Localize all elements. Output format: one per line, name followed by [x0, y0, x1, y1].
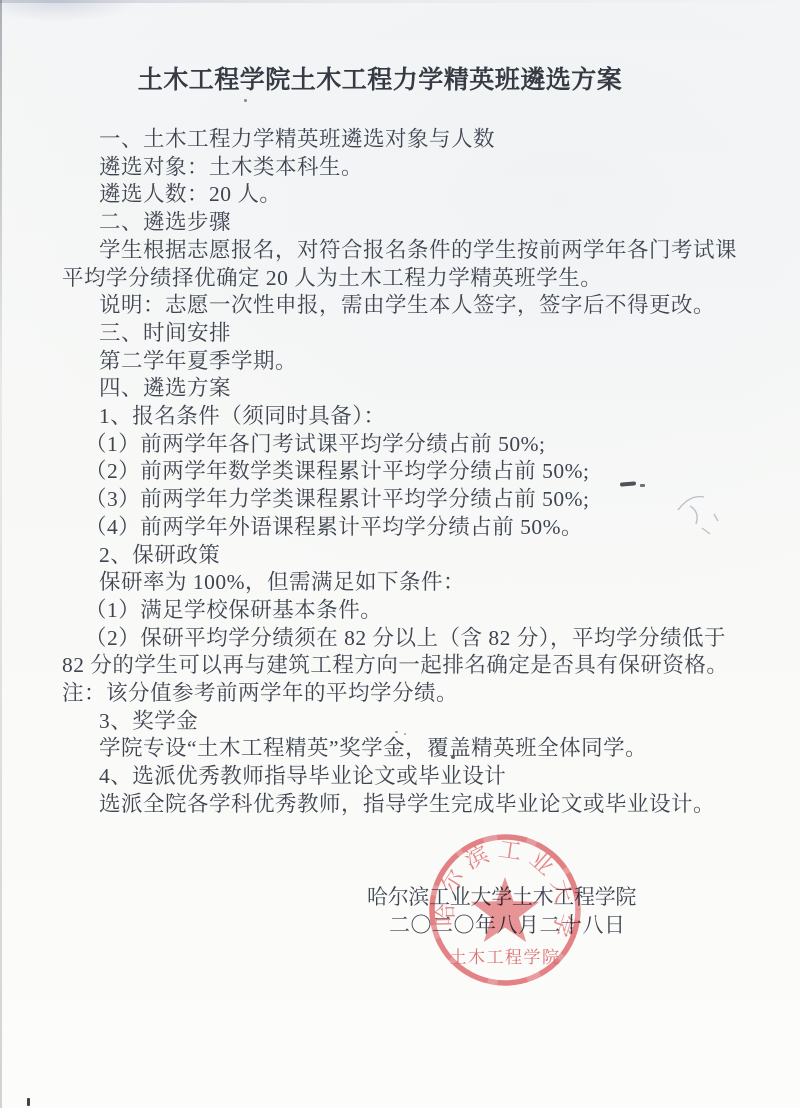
- doc-line: 学生根据志愿报名，对符合报名条件的学生按前两学年各门考试课: [62, 237, 752, 265]
- doc-line: 学院专设“土木工程精英”奖学金，覆盖精英班全体同学。: [62, 735, 752, 763]
- scan-speck: [244, 99, 247, 102]
- scan-smudge: [0, 0, 190, 28]
- doc-line: （2）前两学年数学类课程累计平均学分绩占前 50%;: [62, 458, 752, 486]
- doc-line: 遴选对象：土木类本科生。: [62, 154, 752, 182]
- doc-line: 注：该分值参考前两学年的平均学分绩。: [62, 681, 458, 705]
- doc-line: 平均学分绩择优确定 20 人为土木工程力学精英班学生。: [62, 266, 602, 290]
- official-seal-stamp: 哈尔滨工业大学 土木工程学院: [395, 798, 615, 1018]
- doc-line: 1、报名条件（须同时具备）：: [62, 403, 752, 431]
- doc-line: 三、时间安排: [62, 320, 752, 348]
- doc-line: 3、奖学金: [62, 708, 752, 736]
- scan-speck: [404, 733, 406, 735]
- scan-speck: [451, 755, 455, 759]
- doc-line: 保研率为 100%，但需满足如下条件：: [62, 569, 752, 597]
- doc-line: 第二学年夏季学期。: [62, 348, 752, 376]
- doc-line: 82 分的学生可以再与建筑工程方向一起排名确定是否具有保研资格。: [62, 653, 728, 677]
- scan-speck: [395, 731, 398, 733]
- pencil-scribble: [672, 488, 726, 540]
- document-body: 一、土木工程力学精英班遴选对象与人数 遴选对象：土木类本科生。 遴选人数：20 …: [62, 126, 752, 819]
- doc-line: （1）满足学校保研基本条件。: [62, 597, 752, 625]
- doc-line: 四、遴选方案: [62, 375, 752, 403]
- doc-line: 遴选人数：20 人。: [62, 181, 752, 209]
- scan-edge-left: [0, 0, 2, 1108]
- scan-speck: [27, 1098, 30, 1106]
- doc-line: 说明：志愿一次性申报，需由学生本人签字，签字后不得更改。: [62, 292, 752, 320]
- stamp-bottom-text: 土木工程学院: [450, 948, 561, 967]
- doc-line: （4）前两学年外语课程累计平均学分绩占前 50%。: [62, 514, 752, 542]
- scanned-document-page: 土木工程学院土木工程力学精英班遴选方案 一、土木工程力学精英班遴选对象与人数 遴…: [0, 0, 800, 1108]
- doc-line: 2、保研政策: [62, 542, 752, 570]
- doc-line: 4、选派优秀教师指导毕业论文或毕业设计: [62, 763, 752, 791]
- pen-mark: [640, 484, 645, 487]
- doc-line: （3）前两学年力学类课程累计平均学分绩占前 50%;: [62, 486, 752, 514]
- doc-line: （1）前两学年各门考试课平均学分绩占前 50%;: [62, 431, 752, 459]
- document-title: 土木工程学院土木工程力学精英班遴选方案: [0, 60, 760, 96]
- doc-line: （2）保研平均学分绩须在 82 分以上（含 82 分），平均学分绩低于: [62, 625, 752, 653]
- star-icon: [471, 877, 539, 942]
- doc-line: 二、遴选步骤: [62, 209, 752, 237]
- doc-line: 一、土木工程力学精英班遴选对象与人数: [62, 126, 752, 154]
